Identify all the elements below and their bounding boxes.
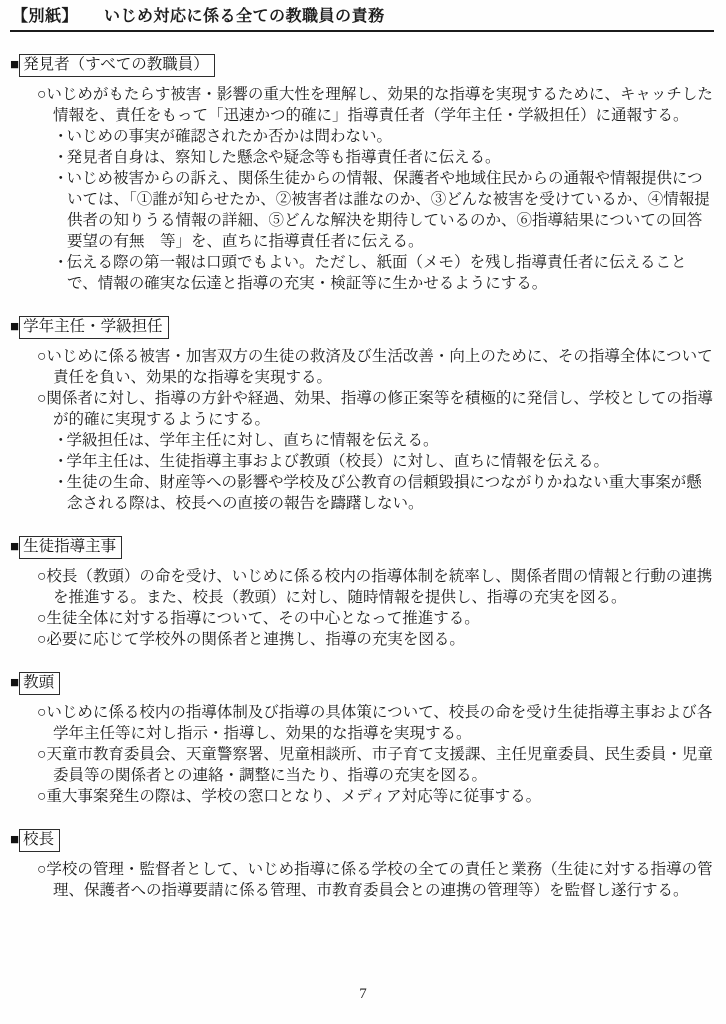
section-heading: ■生徒指導主事 — [10, 536, 714, 559]
section-heading: ■教頭 — [10, 672, 714, 695]
circle-bullet-icon: ○ — [37, 610, 46, 627]
section: ■生徒指導主事 ○校長（教頭）の命を受け、いじめに係る校内の指導体制を統率し、関… — [10, 536, 714, 650]
item-text: 生徒の生命、財産等への影響や学校及び公教育の信頼毀損につながりかねない重大事案が… — [67, 474, 702, 512]
list-item: ・いじめ被害からの訴え、関係生徒からの情報、保護者や地域住民からの通報や情報提供… — [10, 168, 714, 252]
dot-bullet-icon: ・ — [53, 453, 67, 470]
item-text: 関係者に対し、指導の方針や経過、効果、指導の修正案等を積極的に発信し、学校として… — [46, 390, 713, 428]
page-number: 7 — [0, 984, 726, 1005]
list-item: ○校長（教頭）の命を受け、いじめに係る校内の指導体制を統率し、関係者間の情報と行… — [10, 566, 714, 608]
dot-bullet-icon: ・ — [53, 170, 67, 187]
section-heading-label: 校長 — [19, 829, 60, 852]
section-heading-label: 学年主任・学級担任 — [19, 316, 169, 339]
item-text: 必要に応じて学校外の関係者と連携し、指導の充実を図る。 — [46, 631, 465, 648]
list-item: ・学年主任は、生徒指導主事および教頭（校長）に対し、直ちに情報を伝える。 — [10, 451, 714, 472]
list-item: ○学校の管理・監督者として、いじめ指導に係る学校の全ての責任と業務（生徒に対する… — [10, 859, 714, 901]
list-item: ○いじめに係る被害・加害双方の生徒の救済及び生活改善・向上のために、その指導全体… — [10, 346, 714, 388]
item-text: いじめの事実が確認されたか否かは問わない。 — [67, 128, 393, 145]
list-item: ○いじめに係る校内の指導体制及び指導の具体策について、校長の命を受け生徒指導主事… — [10, 702, 714, 744]
item-text: 学校の管理・監督者として、いじめ指導に係る学校の全ての責任と業務（生徒に対する指… — [46, 861, 712, 899]
section-items: ○学校の管理・監督者として、いじめ指導に係る学校の全ての責任と業務（生徒に対する… — [10, 859, 714, 901]
list-item: ○天童市教育委員会、天童警察署、児童相談所、市子育て支援課、主任児童委員、民生委… — [10, 744, 714, 786]
black-square-marker-icon: ■ — [10, 536, 19, 559]
page-title-text: いじめ対応に係る全ての教職員の責務 — [104, 8, 385, 25]
black-square-marker-icon: ■ — [10, 672, 19, 695]
black-square-marker-icon: ■ — [10, 316, 19, 339]
list-item: ○生徒全体に対する指導について、その中心となって推進する。 — [10, 608, 714, 629]
section: ■学年主任・学級担任 ○いじめに係る被害・加害双方の生徒の救済及び生活改善・向上… — [10, 316, 714, 514]
item-text: 重大事案発生の際は、学校の窓口となり、メディア対応等に従事する。 — [46, 788, 541, 805]
section-items: ○いじめがもたらす被害・影響の重大性を理解し、効果的な指導を実現するために、キャ… — [10, 84, 714, 294]
list-item: ○重大事案発生の際は、学校の窓口となり、メディア対応等に従事する。 — [10, 786, 714, 807]
section-heading-label: 発見者（すべての教職員） — [19, 54, 215, 77]
circle-bullet-icon: ○ — [37, 704, 46, 721]
item-text: いじめがもたらす被害・影響の重大性を理解し、効果的な指導を実現するために、キャッ… — [46, 86, 713, 124]
dot-bullet-icon: ・ — [53, 254, 67, 271]
page-title-label: 【別紙】 — [12, 8, 78, 25]
item-text: 伝える際の第一報は口頭でもよい。ただし、紙面（メモ）を残し指導責任者に伝えること… — [67, 254, 687, 292]
circle-bullet-icon: ○ — [37, 788, 46, 805]
item-text: 校長（教頭）の命を受け、いじめに係る校内の指導体制を統率し、関係者間の情報と行動… — [46, 568, 712, 606]
item-text: 発見者自身は、察知した懸念や疑念等も指導責任者に伝える。 — [67, 149, 501, 166]
item-text: いじめに係る被害・加害双方の生徒の救済及び生活改善・向上のために、その指導全体に… — [46, 348, 712, 386]
list-item: ○いじめがもたらす被害・影響の重大性を理解し、効果的な指導を実現するために、キャ… — [10, 84, 714, 126]
list-item: ・生徒の生命、財産等への影響や学校及び公教育の信頼毀損につながりかねない重大事案… — [10, 472, 714, 514]
section-items: ○校長（教頭）の命を受け、いじめに係る校内の指導体制を統率し、関係者間の情報と行… — [10, 566, 714, 650]
list-item: ・学級担任は、学年主任に対し、直ちに情報を伝える。 — [10, 430, 714, 451]
list-item: ○必要に応じて学校外の関係者と連携し、指導の充実を図る。 — [10, 629, 714, 650]
list-item: ○関係者に対し、指導の方針や経過、効果、指導の修正案等を積極的に発信し、学校とし… — [10, 388, 714, 430]
document-page: 【別紙】いじめ対応に係る全ての教職員の責務 ■発見者（すべての教職員） ○いじめ… — [0, 0, 726, 1024]
circle-bullet-icon: ○ — [37, 861, 46, 878]
section-heading: ■学年主任・学級担任 — [10, 316, 714, 339]
section-heading: ■校長 — [10, 829, 714, 852]
item-text: 学年主任は、生徒指導主事および教頭（校長）に対し、直ちに情報を伝える。 — [67, 453, 610, 470]
list-item: ・伝える際の第一報は口頭でもよい。ただし、紙面（メモ）を残し指導責任者に伝えるこ… — [10, 252, 714, 294]
section: ■教頭 ○いじめに係る校内の指導体制及び指導の具体策について、校長の命を受け生徒… — [10, 672, 714, 807]
list-item: ・発見者自身は、察知した懸念や疑念等も指導責任者に伝える。 — [10, 147, 714, 168]
item-text: いじめに係る校内の指導体制及び指導の具体策について、校長の命を受け生徒指導主事お… — [46, 704, 712, 742]
section: ■発見者（すべての教職員） ○いじめがもたらす被害・影響の重大性を理解し、効果的… — [10, 54, 714, 294]
section-heading: ■発見者（すべての教職員） — [10, 54, 714, 77]
circle-bullet-icon: ○ — [37, 631, 46, 648]
item-text: いじめ被害からの訴え、関係生徒からの情報、保護者や地域住民からの通報や情報提供に… — [67, 170, 710, 250]
black-square-marker-icon: ■ — [10, 829, 19, 852]
circle-bullet-icon: ○ — [37, 746, 46, 763]
section-items: ○いじめに係る校内の指導体制及び指導の具体策について、校長の命を受け生徒指導主事… — [10, 702, 714, 807]
circle-bullet-icon: ○ — [37, 390, 46, 407]
dot-bullet-icon: ・ — [53, 474, 67, 491]
dot-bullet-icon: ・ — [53, 149, 67, 166]
page-title: 【別紙】いじめ対応に係る全ての教職員の責務 — [10, 6, 714, 32]
section-heading-label: 生徒指導主事 — [19, 536, 122, 559]
black-square-marker-icon: ■ — [10, 54, 19, 77]
circle-bullet-icon: ○ — [37, 348, 46, 365]
item-text: 学級担任は、学年主任に対し、直ちに情報を伝える。 — [67, 432, 439, 449]
section-items: ○いじめに係る被害・加害双方の生徒の救済及び生活改善・向上のために、その指導全体… — [10, 346, 714, 514]
sections: ■発見者（すべての教職員） ○いじめがもたらす被害・影響の重大性を理解し、効果的… — [10, 54, 714, 901]
dot-bullet-icon: ・ — [53, 128, 67, 145]
section: ■校長 ○学校の管理・監督者として、いじめ指導に係る学校の全ての責任と業務（生徒… — [10, 829, 714, 901]
section-heading-label: 教頭 — [19, 672, 60, 695]
circle-bullet-icon: ○ — [37, 568, 46, 585]
item-text: 天童市教育委員会、天童警察署、児童相談所、市子育て支援課、主任児童委員、民生委員… — [46, 746, 713, 784]
list-item: ・いじめの事実が確認されたか否かは問わない。 — [10, 126, 714, 147]
dot-bullet-icon: ・ — [53, 432, 67, 449]
item-text: 生徒全体に対する指導について、その中心となって推進する。 — [46, 610, 479, 627]
circle-bullet-icon: ○ — [37, 86, 46, 103]
